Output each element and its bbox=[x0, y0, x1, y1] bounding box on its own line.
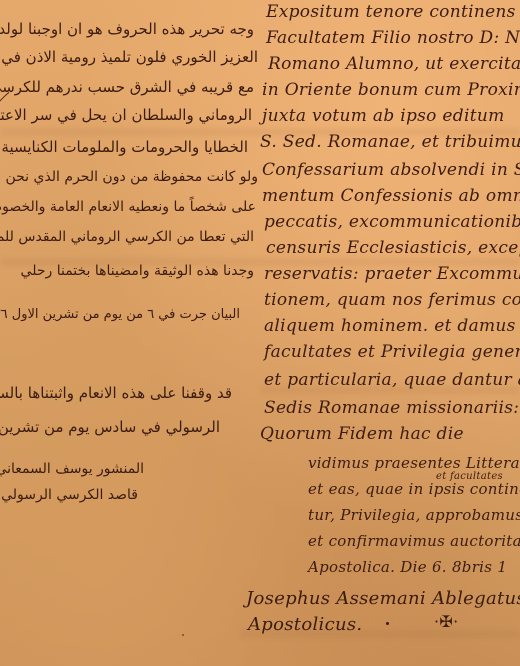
arabic-line: التي تعطا من الكرسي الروماني المقدس للمر… bbox=[0, 230, 254, 244]
latin-line: aliquem hominem. et damus illi bbox=[264, 318, 520, 335]
signature-line: قاصد الكرسي الرسولي bbox=[1, 488, 138, 502]
manuscript-page: وجه تحرير هذه الحروف هو ان اوجبنا لولدنا… bbox=[0, 0, 520, 666]
closing-line: tur, Privilegia, approbamus bbox=[308, 508, 520, 523]
closing-line: et confirmavimus auctoritate bbox=[308, 534, 520, 549]
arabic-line: الرسولي في سادس يوم من تشرين الاول ١٧٣٦ bbox=[0, 420, 220, 435]
arabic-line: العزيز الخوري فلون تلميذ رومية الاذن في … bbox=[0, 50, 258, 65]
ink-speck bbox=[386, 622, 389, 625]
latin-line: censuris Ecclesiasticis, exceptis sint bbox=[266, 240, 520, 257]
interlinear-insertion: et facultates bbox=[436, 472, 503, 482]
arabic-line: البيان جرت في ٦ من يوم من تشرين الاول ١٧… bbox=[0, 308, 240, 321]
arabic-line: على شخصاً ما ونعطيه الانعام العامة والخص… bbox=[0, 200, 256, 214]
latin-line: mentum Confessionis ab omnibus bbox=[262, 188, 520, 205]
latin-line: Expositum tenore continens bbox=[266, 4, 516, 21]
latin-line: tionem, quam nos ferimus contra bbox=[264, 292, 520, 309]
latin-line: Sedis Romanae missionariis: bbox=[264, 400, 519, 417]
latin-line: Confessarium absolvendi in Sacra bbox=[262, 162, 520, 179]
ink-speck bbox=[182, 634, 184, 636]
latin-line: et particularia, quae dantur a S. bbox=[264, 372, 520, 389]
latin-line: reservatis: praeter Excommunica bbox=[264, 266, 520, 283]
cross-mark-icon: ·✠· bbox=[434, 614, 458, 630]
closing-opening-line: Quorum Fidem hac die bbox=[260, 426, 464, 443]
arabic-line: وجدنا هذه الوثيقة وامضيناها بختمنا رحلي bbox=[21, 264, 254, 278]
closing-line: et eas, quae in ipsis continentur bbox=[308, 482, 520, 497]
latin-line: S. Sed. Romanae, et tribuimus Fide bbox=[260, 134, 520, 151]
latin-line: in Oriente bonum cum Proximo suo bbox=[262, 82, 520, 99]
signature-line: المنشور يوسف السمعاني bbox=[0, 462, 144, 476]
latin-line: juxta votum ab ipso editum bbox=[262, 108, 505, 125]
signature-title: Apostolicus. bbox=[248, 616, 362, 634]
closing-line: Apostolica. Die 6. 8bris 1 bbox=[308, 560, 507, 575]
latin-line: Facultatem Filio nostro D: N.N: bbox=[266, 30, 520, 47]
closing-line: vidimus praesentes Litteras bbox=[308, 456, 520, 471]
latin-line: facultates et Privilegia generalia bbox=[264, 344, 520, 361]
arabic-line: وجه تحرير هذه الحروف هو ان اوجبنا لولدنا bbox=[0, 22, 254, 37]
arabic-line: قد وقفنا على هذه الانعام واثبتناها بالسل… bbox=[0, 386, 232, 401]
flourish-stroke bbox=[0, 73, 68, 250]
latin-line: Romano Alumno, ut exercitat bbox=[268, 56, 520, 73]
signature-name: Josephus Assemani Ablegatus bbox=[246, 590, 520, 608]
latin-line: peccatis, excommunicationibus, et bbox=[264, 214, 520, 231]
